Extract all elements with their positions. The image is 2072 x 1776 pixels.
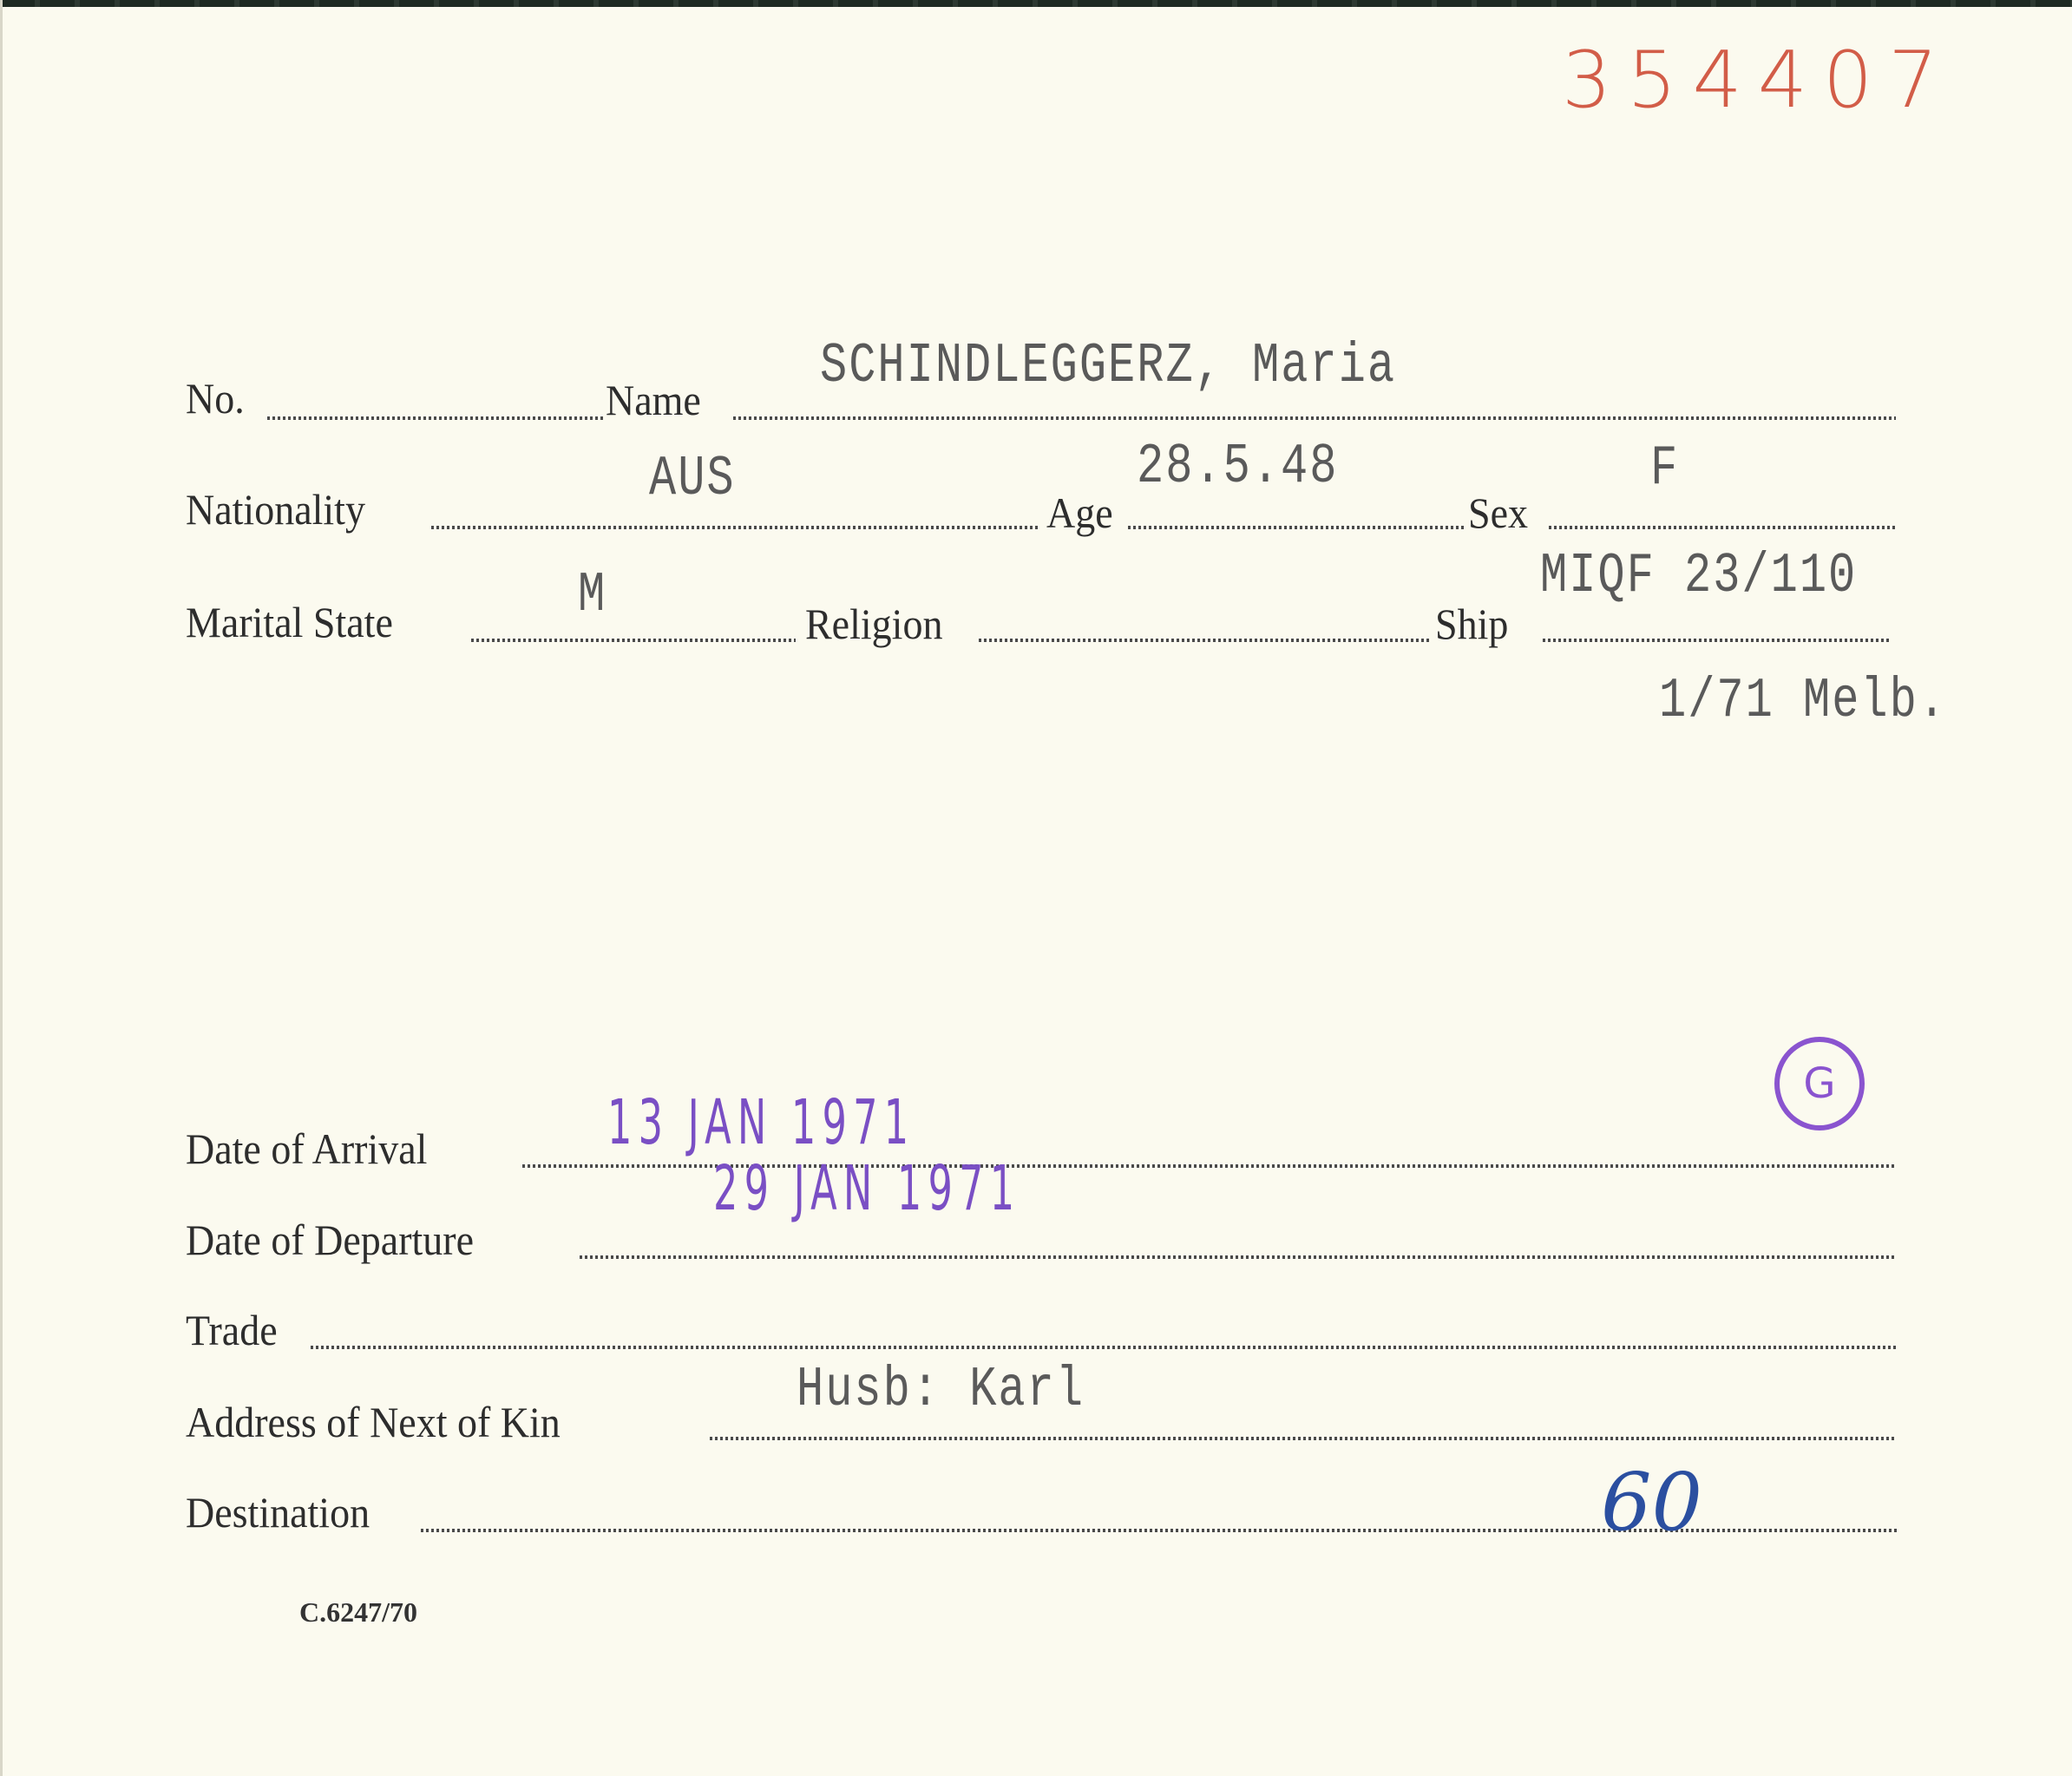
ship-value: MIQF 23/110 (1540, 544, 1857, 608)
form-code: C.6247/70 (299, 1596, 417, 1629)
status-stamp-letter: G (1803, 1059, 1835, 1108)
label-no: No. (186, 373, 245, 423)
label-sex: Sex (1468, 488, 1528, 538)
date-of-departure-field-line (580, 1255, 1897, 1259)
marital-state-value: M (578, 563, 607, 627)
date-of-departure-stamp: 29 JAN 1971 (713, 1151, 1020, 1224)
label-nationality: Nationality (186, 484, 365, 534)
date-of-arrival-stamp: 13 JAN 1971 (607, 1085, 915, 1158)
reference-number: 354407 (1562, 35, 1954, 126)
name-field-line (733, 416, 1896, 420)
age-value: 28.5.48 (1137, 435, 1338, 499)
label-marital-state: Marital State (186, 597, 393, 647)
card-top-border (0, 0, 2072, 7)
label-address-next-of-kin: Address of Next of Kin (186, 1397, 561, 1447)
age-field-line (1128, 526, 1465, 529)
label-destination: Destination (186, 1487, 370, 1537)
label-trade: Trade (186, 1305, 278, 1355)
status-stamp-g: G (1774, 1037, 1865, 1130)
sex-field-line (1549, 526, 1896, 529)
marital-state-field-line (471, 639, 796, 642)
nationality-value: AUS (649, 447, 736, 511)
label-age: Age (1046, 488, 1113, 538)
label-name: Name (606, 375, 701, 425)
destination-value: 60 (1601, 1456, 1702, 1549)
name-value: SCHINDLEGGERZ, Maria (820, 334, 1396, 398)
label-ship: Ship (1435, 599, 1508, 649)
no-field-line (267, 416, 604, 420)
sex-value: F (1650, 436, 1679, 501)
religion-field-line (979, 639, 1430, 642)
card-left-edge (0, 0, 3, 1776)
ship-field-line (1543, 639, 1890, 642)
ship-note: 1/71 Melb. (1659, 669, 1947, 733)
address-next-of-kin-field-line (710, 1437, 1897, 1440)
label-date-of-departure: Date of Departure (186, 1215, 474, 1265)
label-religion: Religion (805, 599, 942, 649)
trade-field-line (311, 1346, 1897, 1349)
address-next-of-kin-value: Husb: Karl (797, 1358, 1085, 1422)
nationality-field-line (431, 526, 1039, 529)
label-date-of-arrival: Date of Arrival (186, 1124, 427, 1174)
